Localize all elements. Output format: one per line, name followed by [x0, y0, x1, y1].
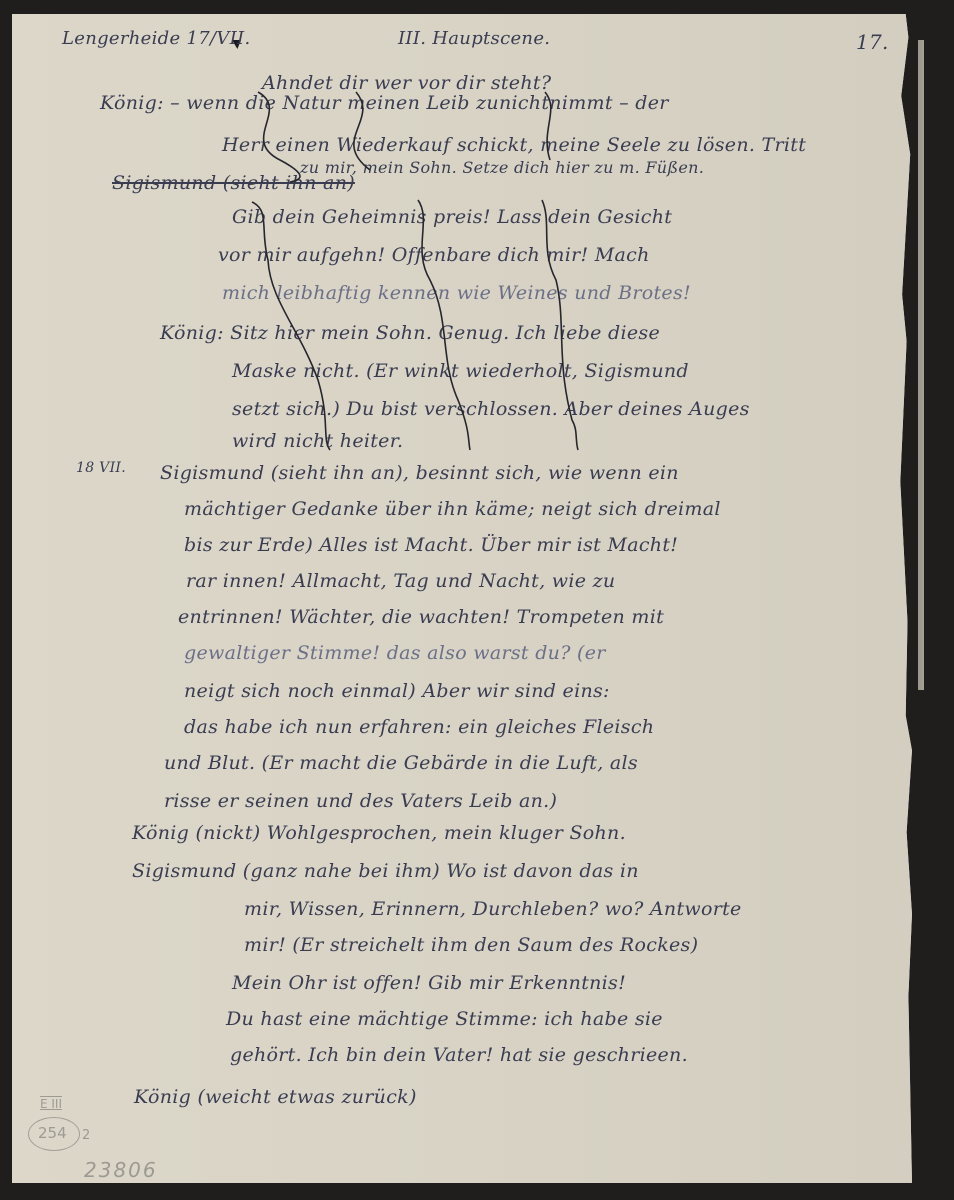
- inventory-number: 23806: [84, 1158, 158, 1182]
- circled-number: 254: [38, 1124, 67, 1142]
- shelf-mark: E III: [40, 1097, 62, 1111]
- deletion-strokes: [0, 0, 954, 1200]
- number-suffix: 2: [82, 1128, 90, 1143]
